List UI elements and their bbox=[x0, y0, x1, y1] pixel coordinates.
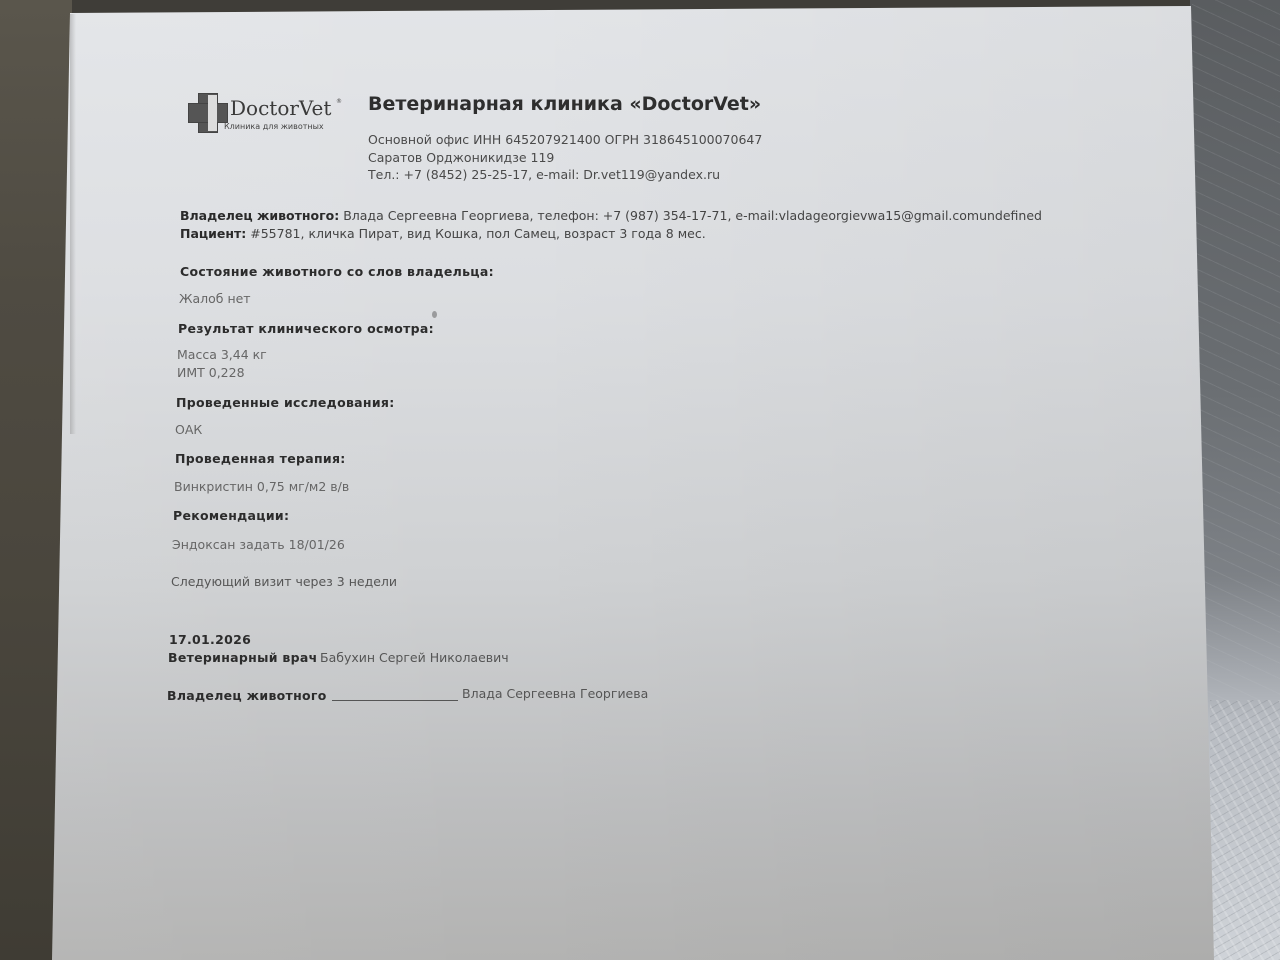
therapy-heading: Проведенная терапия: bbox=[175, 451, 346, 466]
owner-value: Влада Сергеевна Георгиева, телефон: +7 (… bbox=[339, 208, 1042, 223]
recommendation-2: Следующий визит через 3 недели bbox=[171, 574, 397, 589]
exam-bmi: ИМТ 0,228 bbox=[177, 365, 245, 380]
clinic-title: Ветеринарная клиника «DoctorVet» bbox=[368, 93, 761, 115]
therapy-text: Винкристин 0,75 мг/м2 в/в bbox=[174, 479, 349, 494]
recommendation-1: Эндоксан задать 18/01/26 bbox=[172, 537, 345, 552]
owner-label: Владелец животного: bbox=[180, 208, 339, 223]
owner-info: Владелец животного: Влада Сергеевна Геор… bbox=[180, 208, 1042, 223]
patient-value: #55781, кличка Пират, вид Кошка, пол Сам… bbox=[246, 226, 705, 241]
owner-signature-name: Влада Сергеевна Георгиева bbox=[462, 686, 648, 701]
document-date: 17.01.2026 bbox=[169, 632, 251, 647]
vet-name: Бабухин Сергей Николаевич bbox=[320, 650, 509, 665]
studies-heading: Проведенные исследования: bbox=[176, 395, 395, 410]
clinic-logo: DoctorVet ® Клиника для животных bbox=[188, 93, 348, 137]
medical-cross-icon bbox=[188, 93, 228, 133]
patient-info: Пациент: #55781, кличка Пират, вид Кошка… bbox=[180, 226, 706, 241]
exam-weight: Масса 3,44 кг bbox=[177, 347, 267, 362]
patient-label: Пациент: bbox=[180, 226, 246, 241]
owner-signature-label: Владелец животного bbox=[167, 688, 327, 703]
condition-heading: Состояние животного со слов владельца: bbox=[180, 264, 494, 279]
paper-speck bbox=[432, 311, 437, 318]
signature-line bbox=[332, 700, 458, 701]
studies-text: ОАК bbox=[175, 422, 202, 437]
clinic-office-line: Основной офис ИНН 645207921400 ОГРН 3186… bbox=[368, 132, 762, 147]
logo-subtitle: Клиника для животных bbox=[224, 122, 324, 131]
logo-name: DoctorVet bbox=[230, 96, 331, 120]
condition-text: Жалоб нет bbox=[179, 291, 251, 306]
document-content: DoctorVet ® Клиника для животных Ветерин… bbox=[0, 0, 1280, 960]
clinic-contacts-line: Тел.: +7 (8452) 25-25-17, e-mail: Dr.vet… bbox=[368, 167, 720, 182]
registered-mark: ® bbox=[336, 98, 342, 105]
clinic-address-line: Саратов Орджоникидзе 119 bbox=[368, 150, 554, 165]
vet-label: Ветеринарный врач bbox=[168, 650, 317, 665]
exam-heading: Результат клинического осмотра: bbox=[178, 321, 434, 336]
recommendations-heading: Рекомендации: bbox=[173, 508, 289, 523]
